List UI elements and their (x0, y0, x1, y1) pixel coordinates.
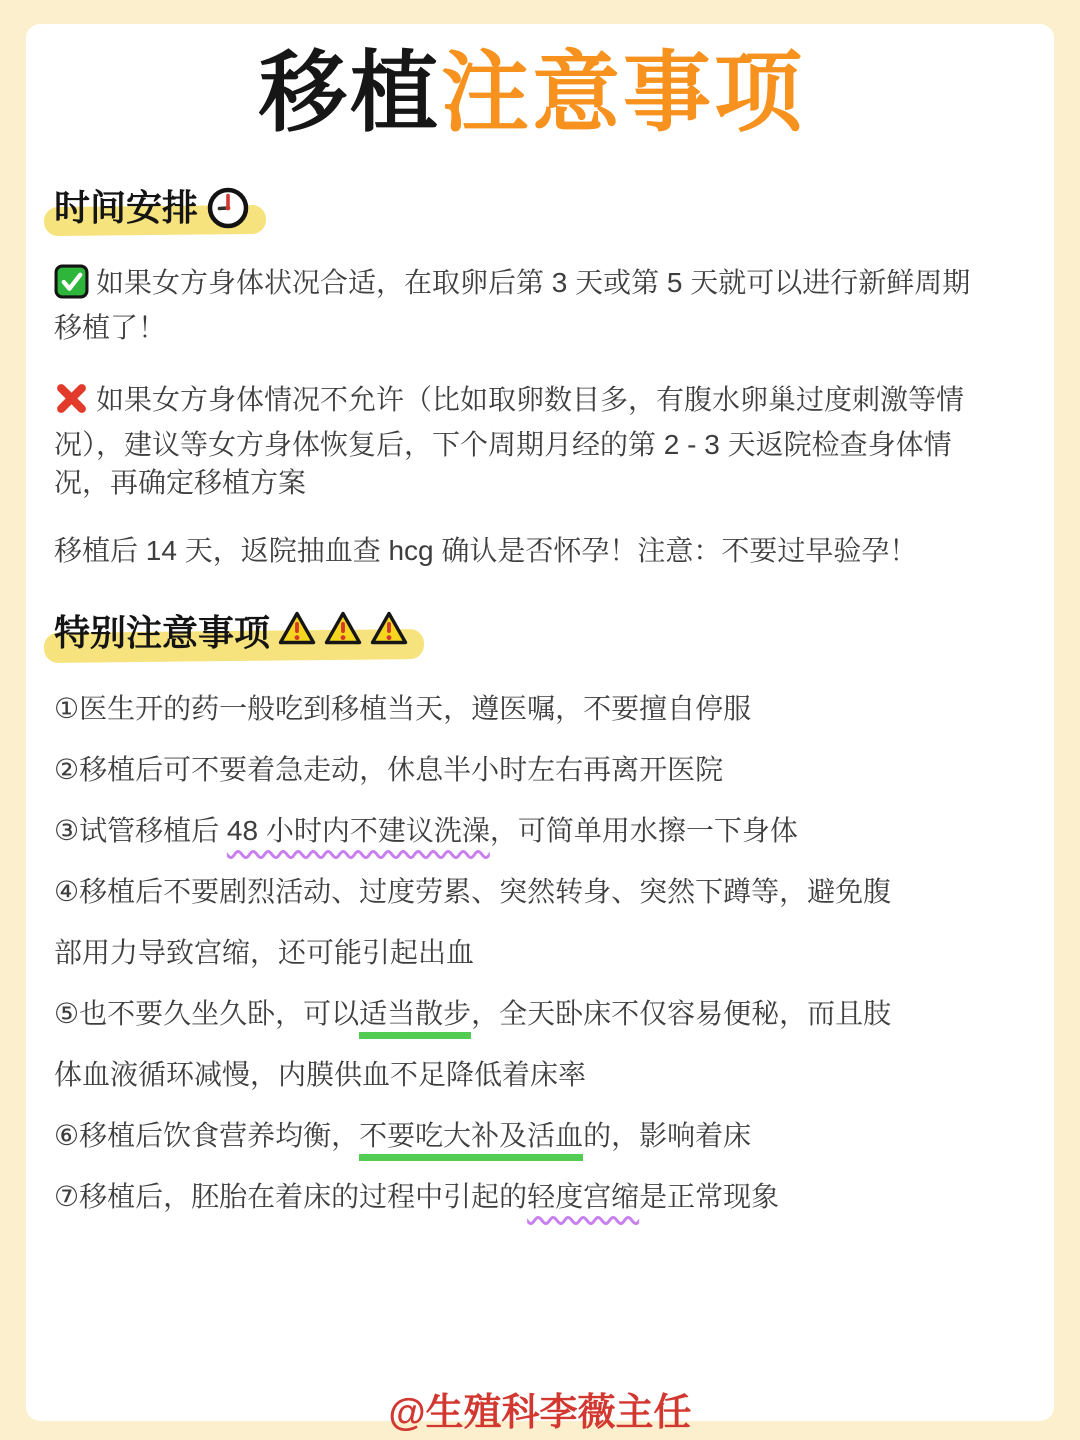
special-heading-label: 特别注意事项 (54, 611, 270, 655)
paragraph-fresh-transfer: 如果女方身体状况合适，在取卵后第 3 天或第 5 天就可以进行新鲜周期 移植了！ (54, 264, 1010, 347)
list-item-7: ⑦移植后，胚胎在着床的过程中引起的轻度宫缩是正常现象 (54, 1166, 1010, 1227)
list-item-3-wavy-underlined-text: 48 小时内不建议洗澡 (227, 815, 490, 846)
warning-triangle-icon (278, 610, 316, 656)
time-section-heading: 时间安排 (54, 186, 250, 230)
special-notes-list: ①医生开的药一般吃到移植当天，遵医嘱，不要擅自停服 ②移植后可不要着急走动，休息… (54, 678, 1010, 1227)
list-item-6-text-after: 的，影响着床 (583, 1120, 751, 1151)
title-black-segment: 移植 (259, 43, 441, 142)
list-item-3-text-after: ，可简单用水擦一下身体 (490, 815, 798, 846)
list-item-6: ⑥移植后饮食营养均衡，不要吃大补及活血的，影响着床 (54, 1105, 1010, 1166)
paragraph-delayed-transfer: 如果女方身体情况不允许（比如取卵数目多，有腹水卵巢过度刺激等情 况），建议等女方… (54, 381, 1010, 502)
paragraph-fresh-transfer-text: 如果女方身体状况合适，在取卵后第 3 天或第 5 天就可以进行新鲜周期 移植了！ (54, 267, 970, 343)
list-item-5-green-underlined-text: 适当散步 (359, 998, 471, 1039)
list-item-2: ②移植后可不要着急走动，休息半小时左右再离开医院 (54, 739, 1010, 800)
list-item-5: ⑤也不要久坐久卧，可以适当散步，全天卧床不仅容易便秘，而且肢 体血液循环减慢，内… (54, 983, 1010, 1105)
list-item-7-text: ⑦移植后，胚胎在着床的过程中引起的 (54, 1181, 527, 1212)
list-item-7-text-after: 是正常现象 (639, 1181, 779, 1212)
warning-icons-group (278, 610, 408, 656)
special-section-header-row: 特别注意事项 (54, 610, 1010, 656)
special-section-heading: 特别注意事项 (54, 610, 408, 656)
warning-triangle-icon (370, 610, 408, 656)
list-item-3-text: ③试管移植后 (54, 815, 227, 846)
title-orange-segment: 注意事项 (441, 43, 805, 142)
content-card: 移植注意事项 时间安排 如果女方身体状况合适，在取卵后第 3 天或第 5 天就可… (26, 24, 1054, 1421)
list-item-4-text: ④移植后不要剧烈活动、过度劳累、突然转身、突然下蹲等，避免腹 部用力导致宫缩，还… (54, 876, 891, 968)
list-item-3: ③试管移植后 48 小时内不建议洗澡，可简单用水擦一下身体 (54, 800, 1010, 861)
list-item-1: ①医生开的药一般吃到移植当天，遵医嘱，不要擅自停服 (54, 678, 1010, 739)
list-item-2-text: ②移植后可不要着急走动，休息半小时左右再离开医院 (54, 754, 723, 785)
green-check-icon (54, 264, 89, 309)
time-section-header-row: 时间安排 (54, 186, 1010, 230)
warning-triangle-icon (324, 610, 362, 656)
page-title: 移植注意事项 (54, 46, 1010, 140)
list-item-6-green-underlined-text: 不要吃大补及活血 (359, 1120, 583, 1161)
clock-icon (206, 186, 250, 230)
list-item-6-text: ⑥移植后饮食营养均衡， (54, 1120, 359, 1151)
red-cross-icon (54, 381, 89, 426)
paragraph-delayed-transfer-text: 如果女方身体情况不允许（比如取卵数目多，有腹水卵巢过度刺激等情 况），建议等女方… (54, 384, 964, 498)
list-item-4: ④移植后不要剧烈活动、过度劳累、突然转身、突然下蹲等，避免腹 部用力导致宫缩，还… (54, 861, 1010, 983)
paragraph-hcg-test-text: 移植后 14 天，返院抽血查 hcg 确认是否怀孕！注意：不要过早验孕！ (54, 535, 917, 566)
list-item-5-text: ⑤也不要久坐久卧，可以 (54, 998, 359, 1029)
list-item-7-wavy-underlined-text: 轻度宫缩 (527, 1181, 639, 1212)
content-area: 移植注意事项 时间安排 如果女方身体状况合适，在取卵后第 3 天或第 5 天就可… (26, 24, 1054, 1227)
list-item-1-text: ①医生开的药一般吃到移植当天，遵医嘱，不要擅自停服 (54, 693, 751, 724)
infographic-page: { "page": { "background_color": "#FCEFCD… (0, 0, 1080, 1440)
paragraph-hcg-test: 移植后 14 天，返院抽血查 hcg 确认是否怀孕！注意：不要过早验孕！ (54, 532, 1010, 570)
author-handle: @生殖科李薇主任 (0, 1390, 1080, 1436)
time-heading-label: 时间安排 (54, 186, 198, 230)
